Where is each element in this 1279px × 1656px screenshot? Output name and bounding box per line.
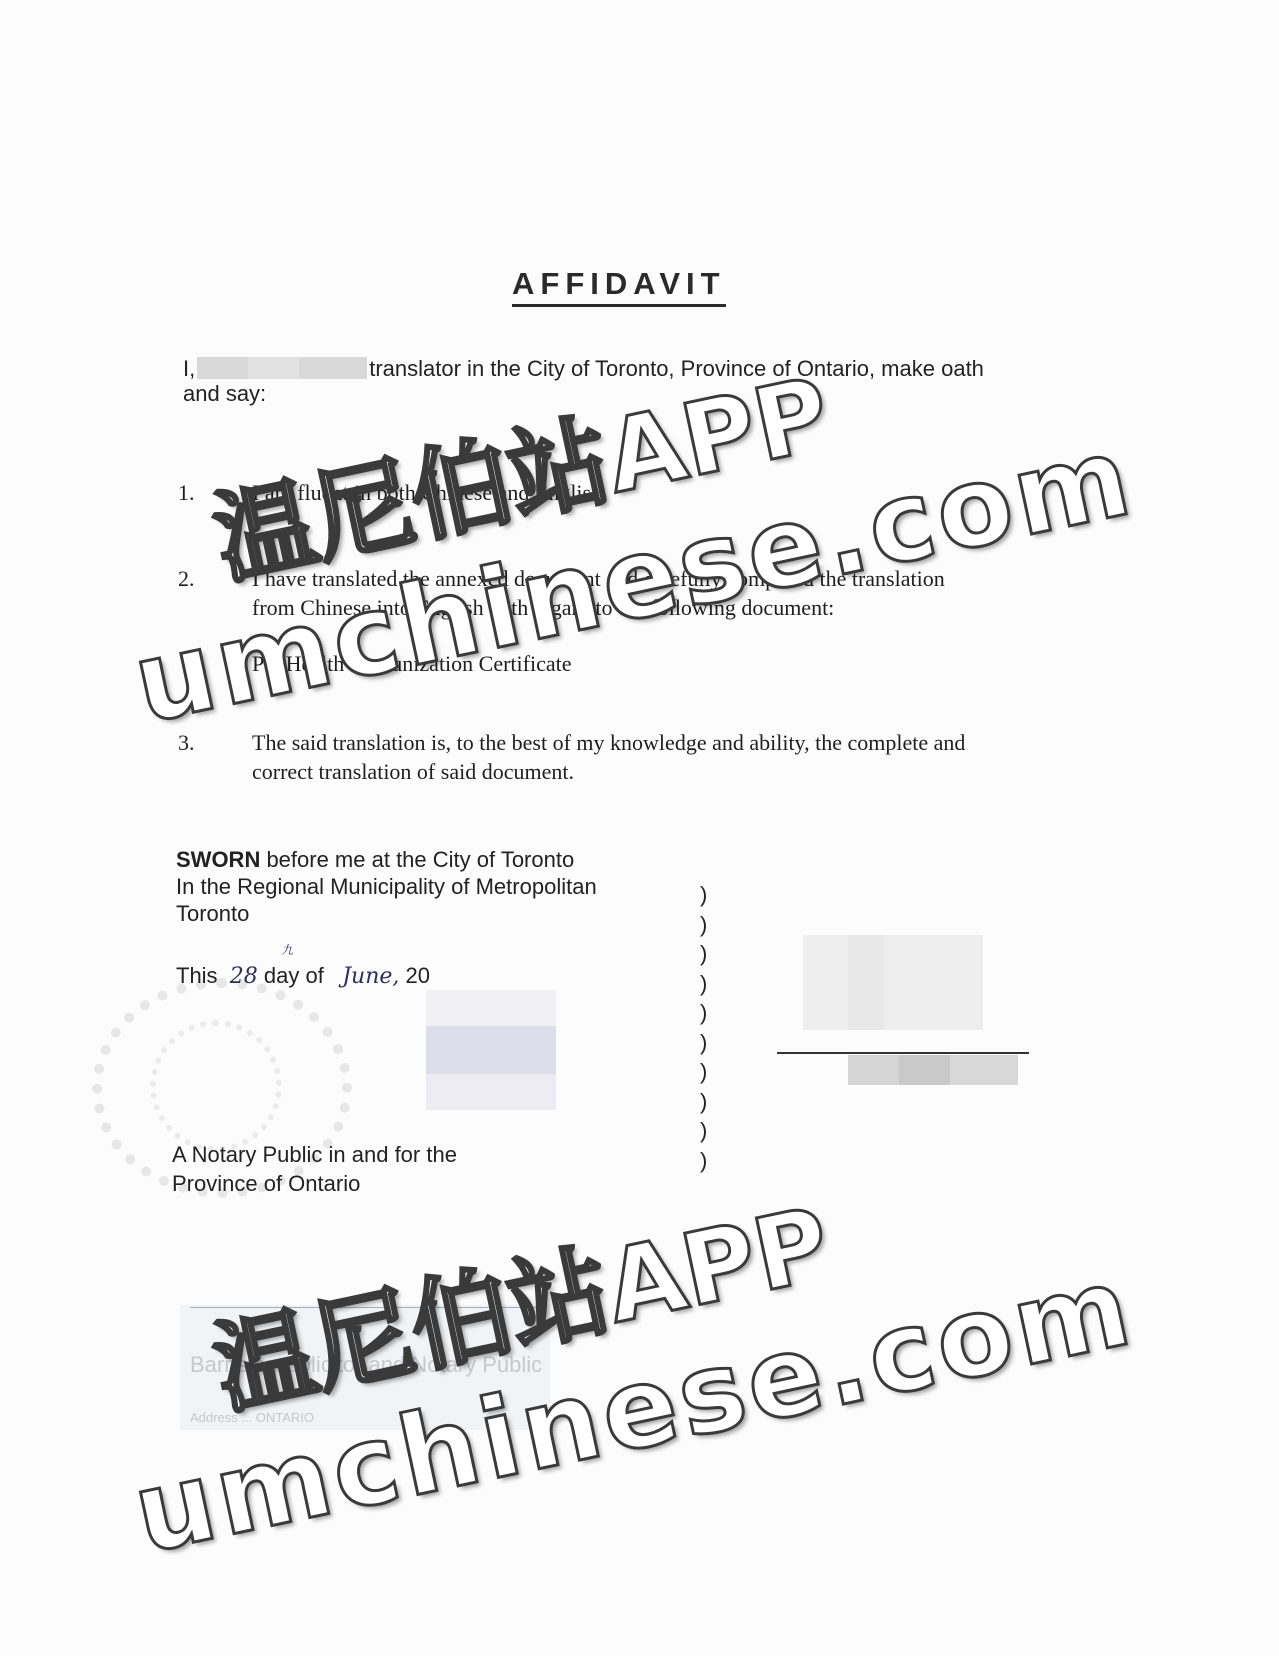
document-title: AFFIDAVIT	[512, 266, 726, 307]
bracket-mark: )	[700, 1146, 714, 1176]
bracket-mark: )	[700, 880, 714, 910]
bracket-mark: )	[700, 1116, 714, 1146]
date-year-partial: 20	[406, 963, 430, 988]
notary-line1: A Notary Public in and for the	[172, 1142, 457, 1167]
stamp-address: Address ... ONTARIO	[190, 1410, 314, 1425]
sworn-line2: In the Regional Municipality of Metropol…	[176, 874, 597, 899]
redacted-translator-name	[197, 357, 367, 379]
item-2-text-line2: from Chinese into English with regard to…	[252, 593, 834, 622]
bracket-mark: )	[700, 910, 714, 940]
stamp-rule	[190, 1307, 540, 1308]
item-2-text-line1: I have translated the annexed document a…	[252, 564, 945, 593]
intro-prefix: I,	[183, 356, 195, 381]
affidavit-page: AFFIDAVIT I,translator in the City of To…	[0, 0, 1279, 1656]
intro-line2: and say:	[183, 381, 266, 406]
signature-line	[777, 1052, 1029, 1054]
sworn-block: SWORN before me at the City of Toronto I…	[176, 846, 597, 927]
bracket-mark: )	[700, 969, 714, 999]
bracket-mark: )	[700, 1028, 714, 1058]
intro-suffix: translator in the City of Toronto, Provi…	[369, 356, 984, 381]
date-day-of: day of	[264, 963, 324, 988]
date-this: This	[176, 963, 218, 988]
sworn-line1: before me at the City of Toronto	[260, 847, 574, 872]
referenced-document-name: Pet Health Immunization Certificate	[252, 649, 572, 678]
item-1-text: I am fluent in both Chinese and English.	[252, 478, 608, 507]
bracket-mark: )	[700, 1087, 714, 1117]
item-3-text-line1: The said translation is, to the best of …	[252, 728, 965, 757]
date-line: This 28 九 day of June, 20	[176, 963, 430, 989]
notary-seal-inner-ring	[150, 1020, 282, 1152]
intro-paragraph: I,translator in the City of Toronto, Pro…	[183, 356, 984, 406]
redacted-deponent-signature	[803, 935, 983, 1030]
item-2-number: 2.	[178, 564, 195, 593]
bracket-mark: )	[700, 998, 714, 1028]
bracket-column: ))))))))))	[700, 880, 714, 1175]
notary-block: A Notary Public in and for the Province …	[172, 1140, 457, 1198]
stamp-title: Barrister, Solicitor and Notary Public	[190, 1352, 542, 1378]
item-1-number: 1.	[178, 478, 195, 507]
handwritten-superscript: 九	[281, 941, 293, 958]
handwritten-month: June,	[342, 964, 399, 989]
bracket-mark: )	[700, 939, 714, 969]
sworn-label: SWORN	[176, 847, 260, 872]
sworn-line3: Toronto	[176, 901, 249, 926]
item-3-text-line2: correct translation of said document.	[252, 757, 574, 786]
item-3-number: 3.	[178, 728, 195, 757]
notary-line2: Province of Ontario	[172, 1171, 360, 1196]
redacted-notary-signature	[426, 990, 556, 1110]
bracket-mark: )	[700, 1057, 714, 1087]
redacted-deponent-name	[848, 1055, 1018, 1085]
handwritten-day: 28	[230, 964, 258, 989]
